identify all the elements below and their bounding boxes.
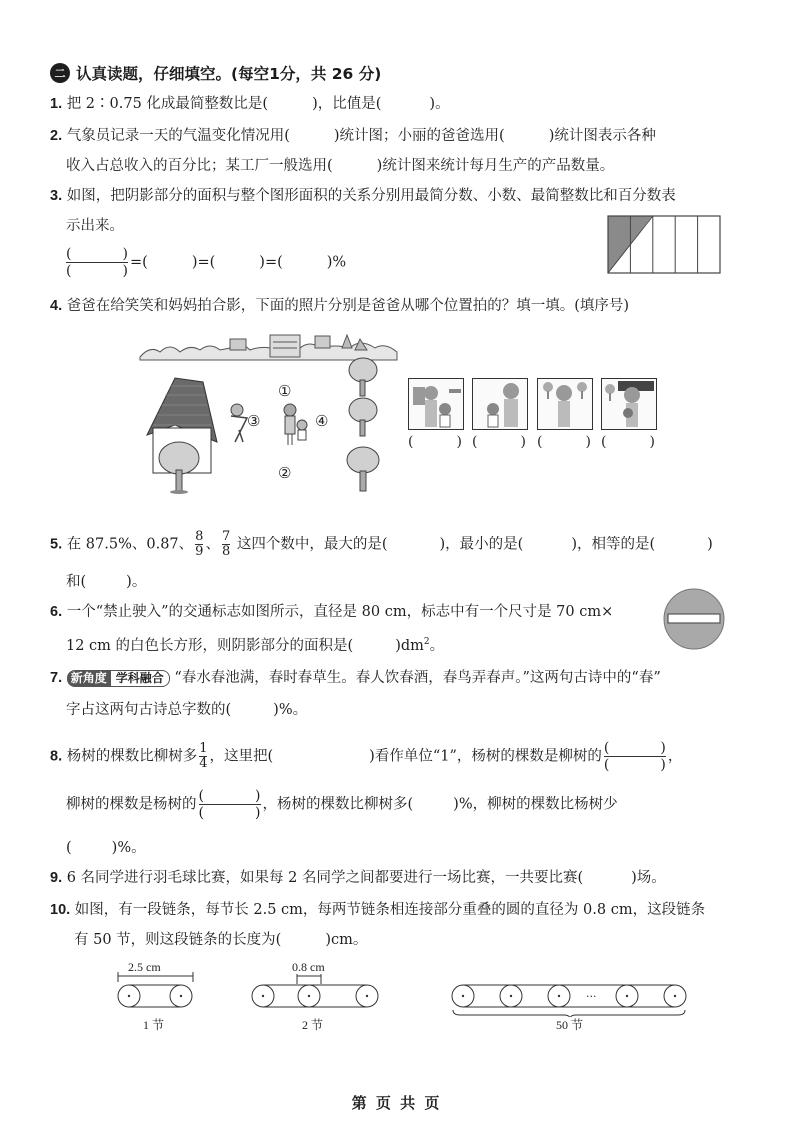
- question-text: 示出来。: [66, 218, 124, 234]
- question-9: 9. 6 名同学进行羽毛球比赛，如果每 2 名同学之间都要进行一场比赛，一共要比…: [50, 868, 666, 888]
- question-text: )%。: [112, 840, 146, 856]
- question-text: 有 50 节，则这段链条的长度为(: [74, 932, 281, 948]
- question-text: )cm。: [325, 932, 367, 948]
- question-10: 10. 如图，有一段链条，每节长 2.5 cm，每两节链条相连接部分重叠的圆的直…: [50, 900, 705, 920]
- chain-label-50-links: 50 节: [556, 1016, 583, 1033]
- photo-2: [472, 378, 528, 430]
- photo-4-answer-blank[interactable]: (): [601, 434, 655, 450]
- dimension-label-2-5cm: 2.5 cm: [128, 960, 161, 975]
- question-6-line-2: 12 cm 的白色长方形，则阴影部分的面积是()dm2。: [66, 632, 444, 656]
- new-angle-tag: 新角度: [67, 670, 111, 687]
- question-5: 5. 在 87.5%、0.87、89、78 这四个数中，最大的是()，最小的是(…: [50, 530, 713, 559]
- question-6: 6. 一个“禁止驶入”的交通标志如图所示，直径是 80 cm，标志中有一个尺寸是…: [50, 602, 613, 622]
- question-text: )，相等的是(: [571, 537, 655, 553]
- equals-text: )=(: [192, 255, 215, 271]
- photo-2-answer-blank[interactable]: (): [472, 434, 526, 450]
- page-footer: 第 页 共 页: [0, 1092, 793, 1113]
- question-3-line-2: 示出来。: [66, 216, 124, 236]
- separator: 、: [205, 537, 220, 553]
- chain-label-1-link: 1 节: [143, 1016, 164, 1033]
- shaded-rectangle-figure: [607, 215, 722, 275]
- question-1: 1. 把 2∶0.75 化成最简整数比是()，比值是()。: [50, 94, 450, 114]
- chain-figure-50-links: ···: [450, 975, 690, 1017]
- question-2-line-2: 收入占总收入的百分比；某工厂一般选用()统计图来统计每月生产的产品数量。: [66, 156, 614, 176]
- svg-text:④: ④: [315, 412, 328, 430]
- question-text: 12 cm 的白色长方形，则阴影部分的面积是(: [66, 638, 353, 654]
- question-10-line-2: 有 50 节，则这段链条的长度为()cm。: [74, 930, 367, 950]
- question-7-line-2: 字占这两句古诗总字数的()%。: [66, 700, 307, 720]
- question-text: 如图，把阴影部分的面积与整个图形面积的关系分别用最简分数、小数、最简整数比和百分…: [67, 188, 676, 204]
- question-text: ，杨树的棵数比柳树多(: [263, 797, 414, 813]
- question-text: ，这里把(: [209, 749, 273, 765]
- question-text: 字占这两句古诗总字数的(: [66, 702, 231, 718]
- question-text: 在 87.5%、0.87、: [67, 537, 193, 553]
- question-2: 2. 气象员记录一天的气温变化情况用()统计图；小丽的爸爸选用()统计图表示各种: [50, 126, 656, 146]
- question-number: 1.: [50, 96, 62, 112]
- question-text: (: [66, 840, 72, 856]
- question-5-line-2: 和()。: [66, 572, 146, 592]
- question-text: 如图，有一段链条，每节长 2.5 cm，每两节链条相连接部分重叠的圆的直径为 0…: [75, 902, 705, 918]
- question-text: “春水春池满，春时春草生。春人饮春酒，春鸟弄春声。”这两句古诗中的“春”: [174, 670, 660, 686]
- question-text: )看作单位“1”，杨树的棵数是柳树的: [369, 749, 602, 765]
- question-text: )统计图表示各种: [549, 128, 656, 144]
- section-title: 认真读题，仔细填空。(每空1分，共 26 分): [76, 62, 381, 84]
- section-header: 二 认真读题，仔细填空。(每空1分，共 26 分): [50, 62, 381, 84]
- question-3-answer-row: () () =()=()=()%: [64, 246, 346, 279]
- photo-1: [408, 378, 464, 430]
- question-text: 一个“禁止驶入”的交通标志如图所示，直径是 80 cm，标志中有一个尺寸是 70…: [67, 604, 614, 620]
- question-text: )场。: [631, 870, 666, 886]
- question-text: )统计图来统计每月生产的产品数量。: [377, 158, 615, 174]
- equals-text: )=(: [259, 255, 282, 271]
- dimension-label-0-8cm: 0.8 cm: [292, 960, 325, 975]
- question-number: 2.: [50, 128, 62, 144]
- photo-1-answer-blank[interactable]: (): [408, 434, 462, 450]
- question-text: )%，柳树的棵数比杨树少: [453, 797, 617, 813]
- question-text: 柳树的棵数是杨树的: [66, 797, 197, 813]
- question-number: 9.: [50, 870, 62, 886]
- question-text: 杨树的棵数比柳树多: [67, 749, 198, 765]
- photo-3-answer-blank[interactable]: (): [537, 434, 591, 450]
- question-number: 4.: [50, 298, 62, 314]
- question-number: 5.: [50, 537, 62, 553]
- question-8-line-2: 柳树的棵数是杨树的()()，杨树的棵数比柳树多()%，柳树的棵数比杨树少: [66, 788, 618, 821]
- question-8-line-3: ()%。: [66, 838, 146, 858]
- question-text: 6 名同学进行羽毛球比赛，如果每 2 名同学之间都要进行一场比赛，一共要比赛(: [67, 870, 583, 886]
- question-text: )。: [429, 96, 449, 112]
- question-text: 收入占总收入的百分比；某工厂一般选用(: [66, 158, 333, 174]
- fraction-blank[interactable]: ()(): [199, 788, 261, 821]
- question-7: 7. 新角度学科融合 “春水春池满，春时春草生。春人饮春酒，春鸟弄春声。”这两句…: [50, 668, 661, 688]
- question-text: 。: [430, 638, 445, 654]
- svg-text:②: ②: [278, 464, 291, 482]
- question-text: )统计图；小丽的爸爸选用(: [334, 128, 505, 144]
- fraction-blank[interactable]: () (): [66, 246, 128, 279]
- question-text: )，最小的是(: [440, 537, 524, 553]
- question-text: )%。: [273, 702, 307, 718]
- svg-text:①: ①: [278, 382, 291, 400]
- fraction-1-4: 14: [199, 742, 207, 771]
- fraction-blank[interactable]: ()(): [604, 740, 666, 773]
- question-3: 3. 如图，把阴影部分的面积与整个图形面积的关系分别用最简分数、小数、最简整数比…: [50, 186, 676, 206]
- question-number: 6.: [50, 604, 62, 620]
- photo-3: [537, 378, 593, 430]
- question-text: ): [707, 537, 713, 553]
- equals-text: =(: [130, 255, 148, 271]
- question-text: ，: [668, 749, 683, 765]
- interdisciplinary-tag: 学科融合: [111, 670, 170, 687]
- scene-illustration: ③ ① ④ ②: [135, 330, 405, 500]
- equals-text: )%: [327, 255, 346, 271]
- question-text: )。: [126, 574, 146, 590]
- svg-text:③: ③: [247, 412, 260, 430]
- fraction-8-9: 89: [195, 530, 203, 559]
- svg-text:···: ···: [586, 990, 597, 1003]
- question-number: 3.: [50, 188, 62, 204]
- question-text: 气象员记录一天的气温变化情况用(: [67, 128, 290, 144]
- question-number: 10.: [50, 902, 70, 918]
- question-text: 这四个数中，最大的是(: [237, 537, 388, 553]
- question-text: )，比值是(: [312, 96, 381, 112]
- question-text: 爸爸在给笑笑和妈妈拍合影，下面的照片分别是爸爸从哪个位置拍的？填一填。(填序号): [67, 298, 629, 314]
- question-text: 和(: [66, 574, 86, 590]
- question-text: 把 2∶0.75 化成最简整数比是(: [67, 96, 268, 112]
- question-8: 8. 杨树的棵数比柳树多14，这里把()看作单位“1”，杨树的棵数是柳树的()(…: [50, 740, 682, 773]
- question-number: 8.: [50, 749, 62, 765]
- question-text: )dm: [395, 638, 424, 654]
- no-entry-sign-figure: [662, 587, 726, 651]
- photo-4: [601, 378, 657, 430]
- question-4: 4. 爸爸在给笑笑和妈妈拍合影，下面的照片分别是爸爸从哪个位置拍的？填一填。(填…: [50, 296, 629, 316]
- section-number-badge: 二: [50, 63, 70, 83]
- question-number: 7.: [50, 670, 62, 686]
- chain-label-2-links: 2 节: [302, 1016, 323, 1033]
- fraction-7-8: 78: [222, 530, 230, 559]
